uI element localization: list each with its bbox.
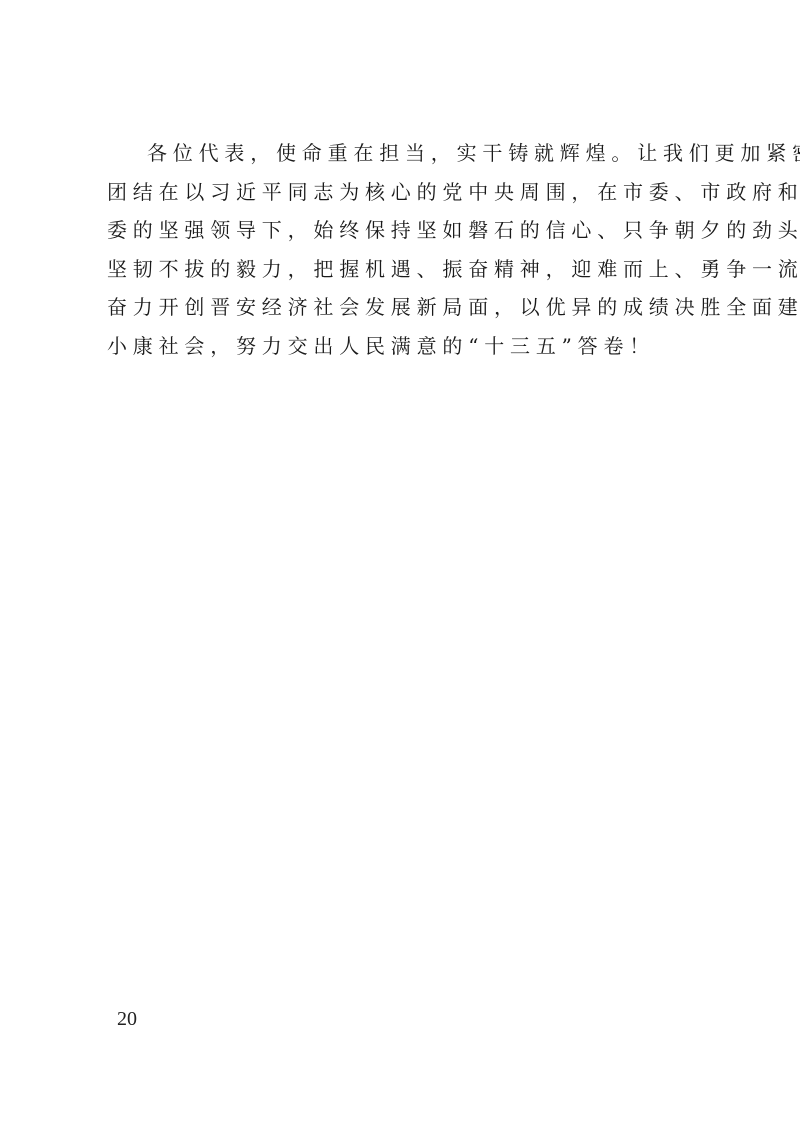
closing-paragraph: 各位代表，使命重在担当，实干铸就辉煌。让我们更加紧密 团结在以习近平同志为核心的… <box>107 134 707 365</box>
paragraph-line: 奋力开创晋安经济社会发展新局面，以优异的成绩决胜全面建成 <box>107 288 707 327</box>
paragraph-line: 小康社会，努力交出人民满意的“十三五”答卷！ <box>107 327 707 366</box>
paragraph-line: 团结在以习近平同志为核心的党中央周围，在市委、市政府和区 <box>107 173 707 212</box>
document-page: 各位代表，使命重在担当，实干铸就辉煌。让我们更加紧密 团结在以习近平同志为核心的… <box>0 0 800 1131</box>
paragraph-line: 委的坚强领导下，始终保持坚如磐石的信心、只争朝夕的劲头、 <box>107 211 707 250</box>
paragraph-line: 各位代表，使命重在担当，实干铸就辉煌。让我们更加紧密 <box>107 134 707 173</box>
page-number: 20 <box>117 1008 137 1031</box>
paragraph-line: 坚韧不拔的毅力，把握机遇、振奋精神，迎难而上、勇争一流， <box>107 250 707 289</box>
